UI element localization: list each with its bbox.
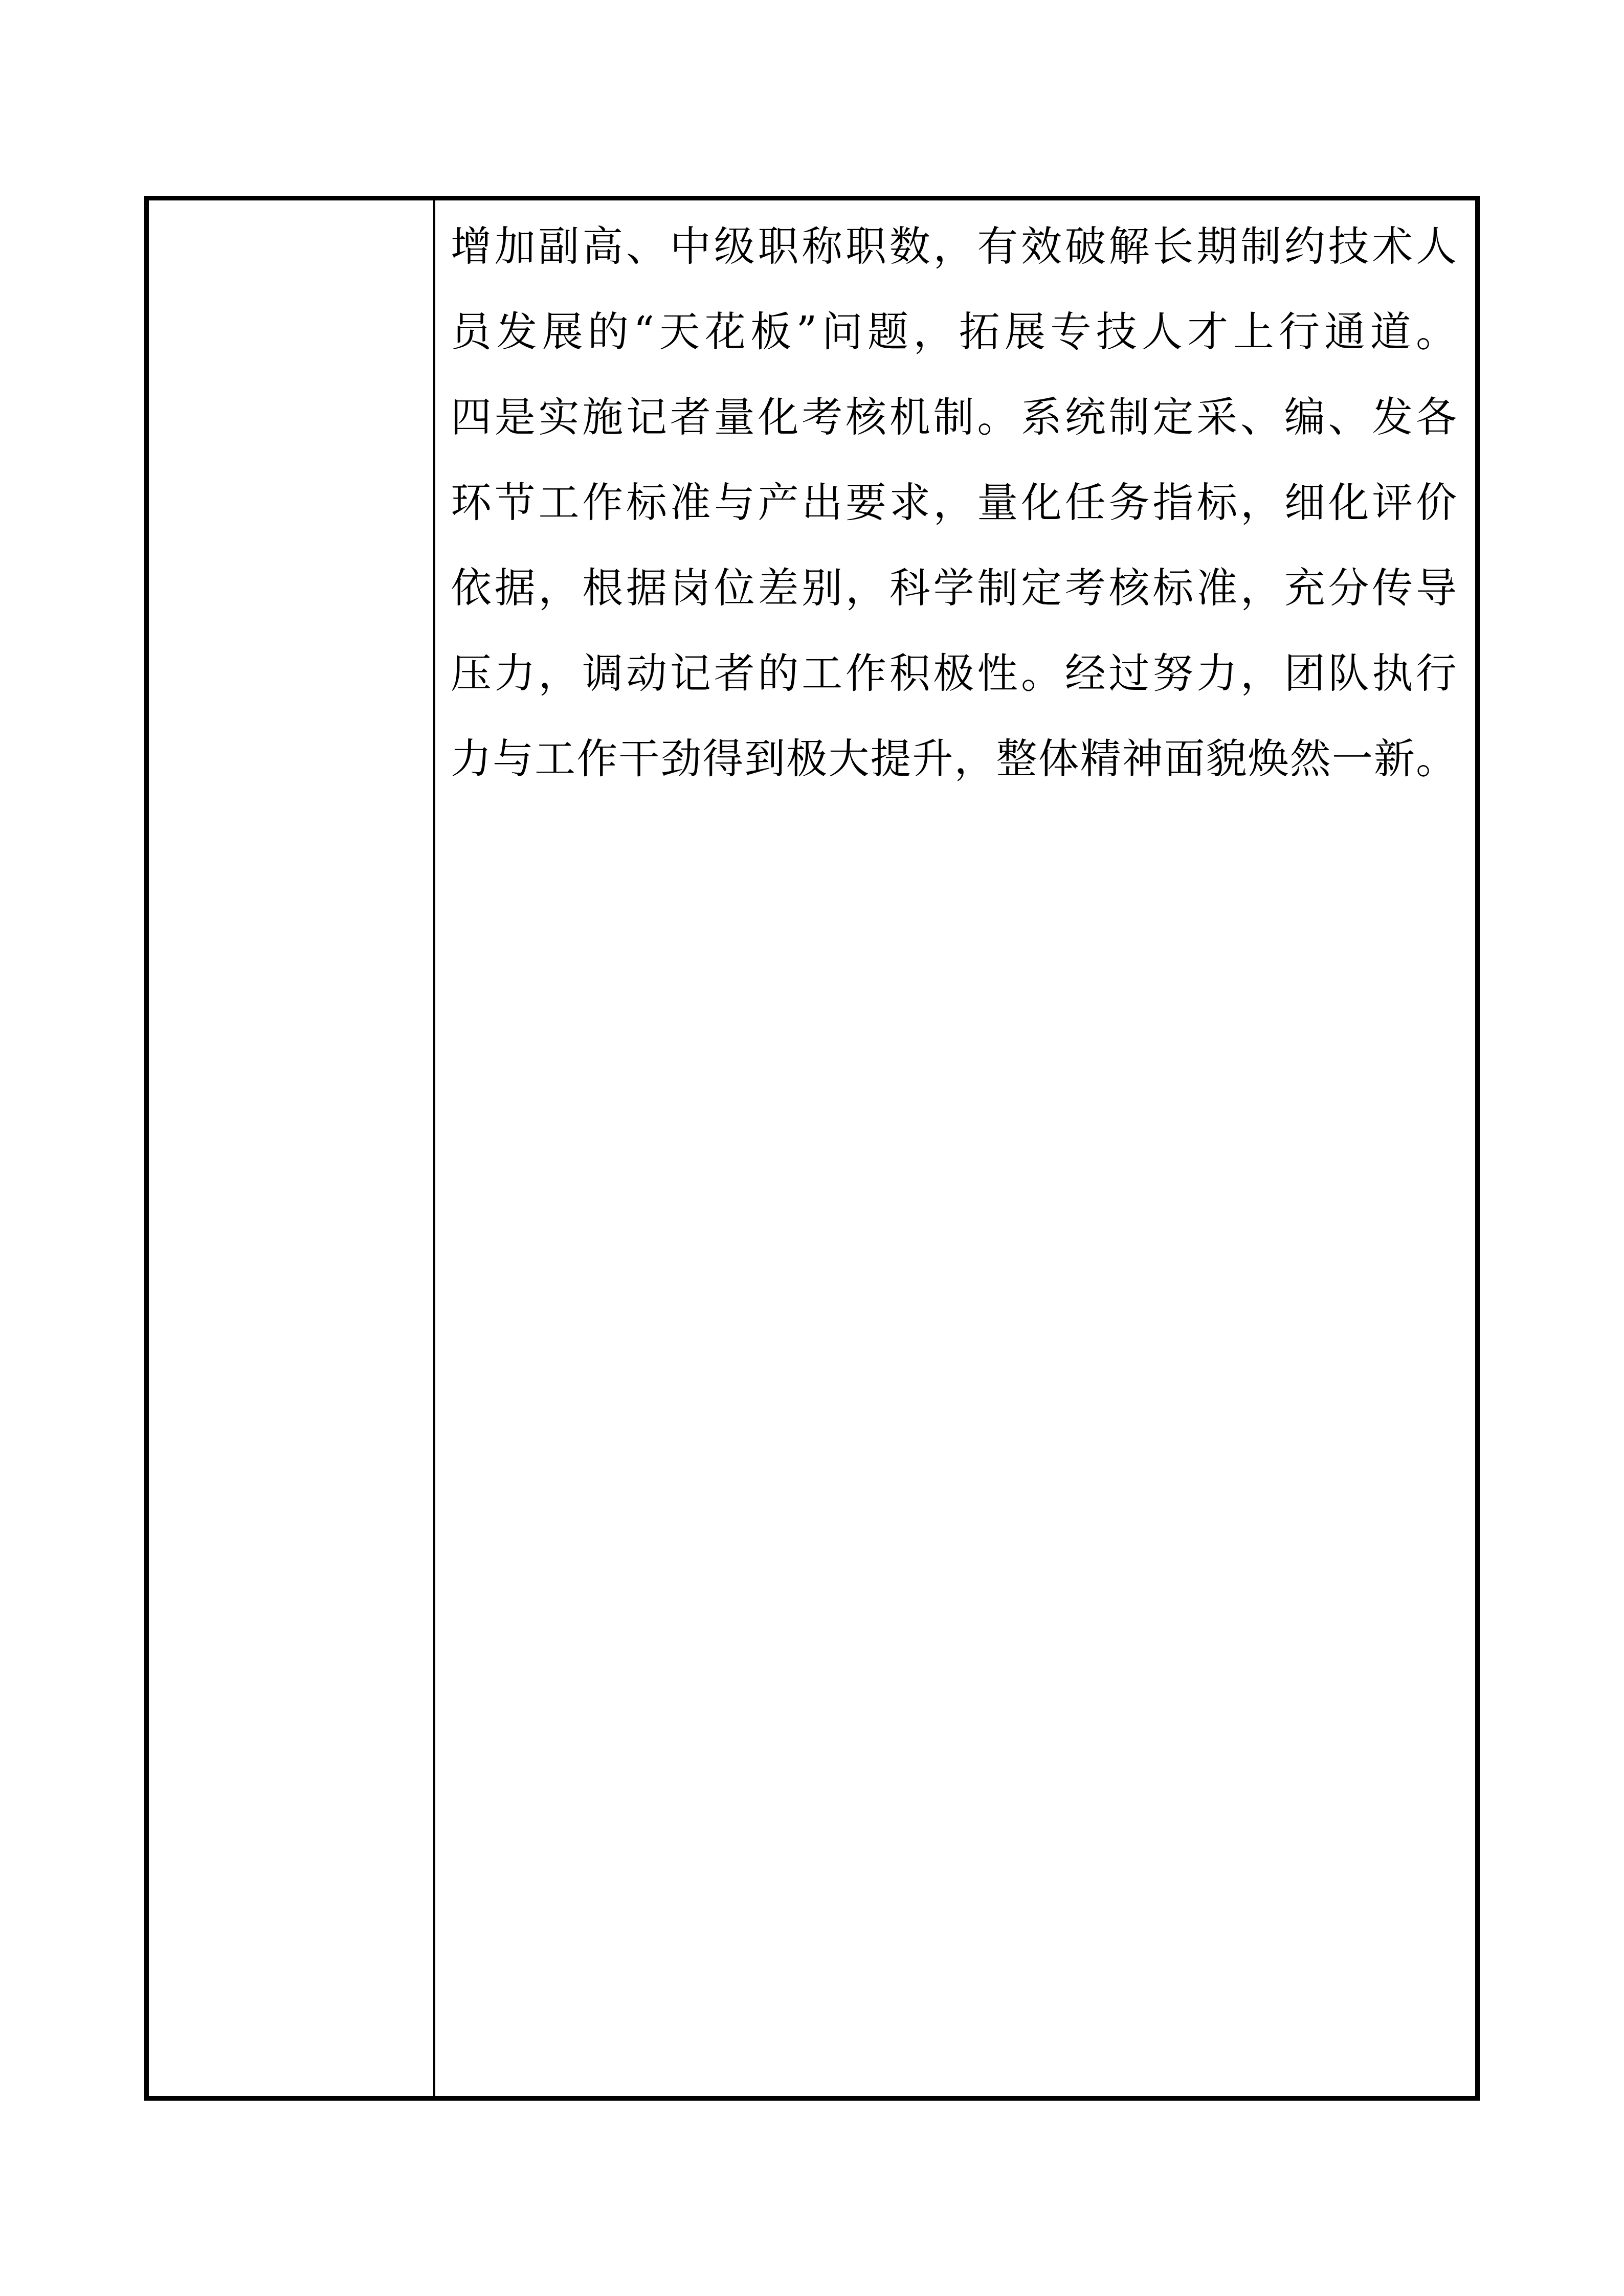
paragraph-line-4: 环节工作标准与产出要求，量化任务指标，细化评价 bbox=[451, 460, 1457, 545]
report-table: 增加副高、中级职称职数，有效破解长期制约技术人 员发展的“天花板”问题，拓展专技… bbox=[144, 196, 1480, 2101]
table-label-cell bbox=[149, 200, 435, 2096]
paragraph-line-3: 四是实施记者量化考核机制。系统制定采、编、发各 bbox=[451, 374, 1457, 460]
document-page: 增加副高、中级职称职数，有效破解长期制约技术人 员发展的“天花板”问题，拓展专技… bbox=[0, 0, 1624, 2296]
paragraph-line-6: 压力，调动记者的工作积极性。经过努力，团队执行 bbox=[451, 631, 1457, 716]
paragraph-line-2: 员发展的“天花板”问题，拓展专技人才上行通道。 bbox=[451, 289, 1457, 374]
paragraph-line-5: 依据，根据岗位差别，科学制定考核标准，充分传导 bbox=[451, 545, 1457, 631]
paragraph-line-1: 增加副高、中级职称职数，有效破解长期制约技术人 bbox=[451, 204, 1457, 289]
paragraph-line-7: 力与工作干劲得到极大提升，整体精神面貌焕然一新。 bbox=[451, 716, 1457, 801]
table-content-cell: 增加副高、中级职称职数，有效破解长期制约技术人 员发展的“天花板”问题，拓展专技… bbox=[435, 200, 1475, 2096]
